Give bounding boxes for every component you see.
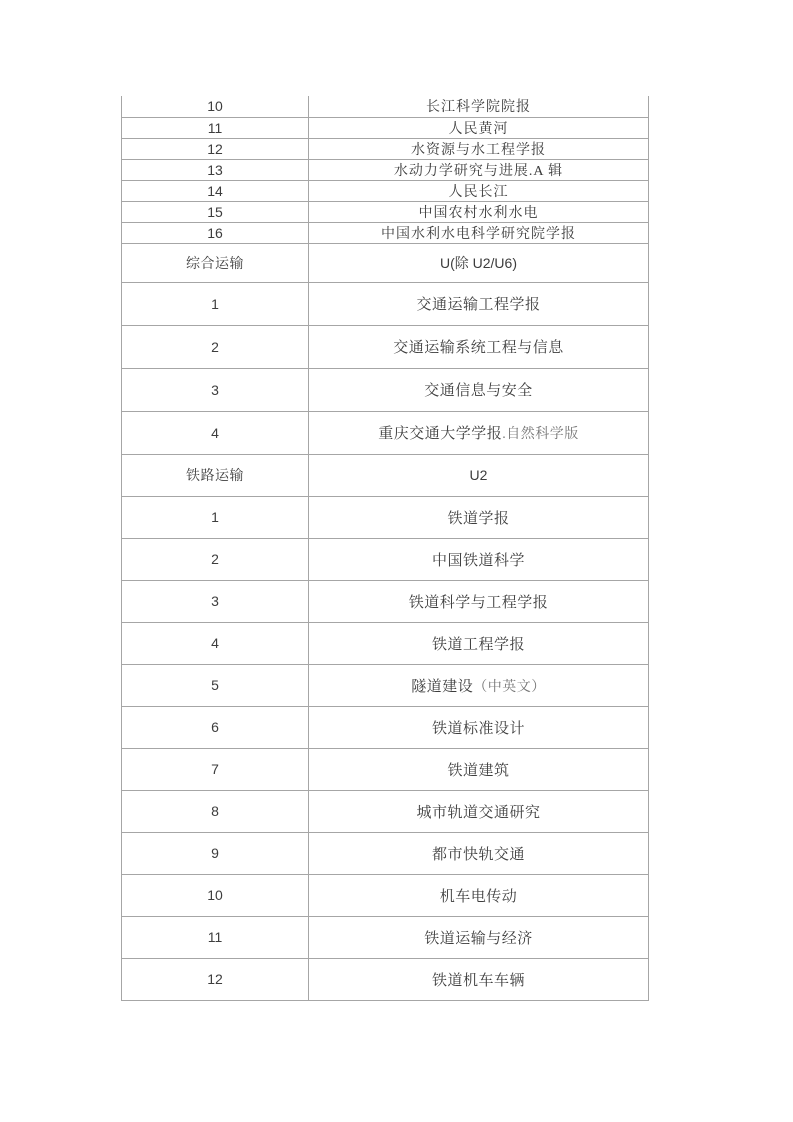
table-row: 2交通运输系统工程与信息 — [122, 325, 649, 368]
journal-name-cell: 机车电传动 — [309, 874, 649, 916]
journal-name: 铁道学报 — [447, 510, 509, 527]
journal-name-cell: 中国农村水利水电 — [309, 201, 649, 222]
journal-name-cell: 城市轨道交通研究 — [309, 790, 649, 832]
journal-name: 铁道机车车辆 — [432, 972, 525, 989]
document-page: 10长江科学院院报11人民黄河12水资源与水工程学报13水动力学研究与进展.A … — [0, 0, 793, 1122]
table-row: 6铁道标准设计 — [122, 706, 649, 748]
row-number-cell: 7 — [122, 748, 309, 790]
journal-name-cell: 铁道机车车辆 — [309, 958, 649, 1000]
journal-name: 机车电传动 — [440, 888, 518, 905]
row-number-cell: 6 — [122, 706, 309, 748]
table-row: 10长江科学院院报 — [122, 96, 649, 117]
journal-name-cell: 铁道工程学报 — [309, 622, 649, 664]
journal-name-cell: 中国铁道科学 — [309, 538, 649, 580]
table-row: 3铁道科学与工程学报 — [122, 580, 649, 622]
journal-name: 隧道建设 — [411, 678, 473, 695]
row-number-cell: 9 — [122, 832, 309, 874]
table-row: 7铁道建筑 — [122, 748, 649, 790]
journal-name-cell: 人民黄河 — [309, 117, 649, 138]
table-row: 13水动力学研究与进展.A 辑 — [122, 159, 649, 180]
table-row: 3交通信息与安全 — [122, 368, 649, 411]
journal-name: 中国农村水利水电 — [419, 206, 539, 221]
row-number-cell: 3 — [122, 368, 309, 411]
journal-name: 铁道运输与经济 — [424, 930, 533, 947]
journal-name: 人民长江 — [449, 185, 509, 200]
row-number-cell: 1 — [122, 496, 309, 538]
journal-name-cell: 交通信息与安全 — [309, 368, 649, 411]
journal-name: 重庆交通大学学报 — [378, 425, 502, 442]
table-row: 16中国水利水电科学研究院学报 — [122, 222, 649, 243]
journal-name-cell: 交通运输系统工程与信息 — [309, 325, 649, 368]
journal-name: 交通信息与安全 — [424, 382, 533, 399]
table-row: 15中国农村水利水电 — [122, 201, 649, 222]
table-row: 14人民长江 — [122, 180, 649, 201]
table-row: 2中国铁道科学 — [122, 538, 649, 580]
row-number-cell: 4 — [122, 411, 309, 454]
table-row: 4重庆交通大学学报.自然科学版 — [122, 411, 649, 454]
journal-name-cell: 人民长江 — [309, 180, 649, 201]
journal-name-suffix: （中英文） — [473, 680, 546, 695]
journal-name-cell: 铁道建筑 — [309, 748, 649, 790]
journal-name-cell: 铁道运输与经济 — [309, 916, 649, 958]
journal-name-cell: 重庆交通大学学报.自然科学版 — [309, 411, 649, 454]
class-code-cell: U(除 U2/U6) — [309, 243, 649, 282]
table-row: 1交通运输工程学报 — [122, 282, 649, 325]
row-number-cell: 15 — [122, 201, 309, 222]
row-number-cell: 14 — [122, 180, 309, 201]
row-number-cell: 16 — [122, 222, 309, 243]
row-number-cell: 2 — [122, 538, 309, 580]
category-cell: 综合运输 — [122, 243, 309, 282]
table-row: 5隧道建设（中英文） — [122, 664, 649, 706]
journal-name: 水资源与水工程学报 — [411, 143, 546, 158]
row-number-cell: 3 — [122, 580, 309, 622]
table-row: 4铁道工程学报 — [122, 622, 649, 664]
table-row: 9都市快轨交通 — [122, 832, 649, 874]
journal-name: 铁道建筑 — [447, 762, 509, 779]
journal-name-cell: 铁道学报 — [309, 496, 649, 538]
journal-table: 10长江科学院院报11人民黄河12水资源与水工程学报13水动力学研究与进展.A … — [121, 96, 649, 1001]
journal-name: 铁道工程学报 — [432, 636, 525, 653]
row-number-cell: 12 — [122, 958, 309, 1000]
class-code-cell: U2 — [309, 454, 649, 496]
category-cell: 铁路运输 — [122, 454, 309, 496]
journal-name-cell: 水动力学研究与进展.A 辑 — [309, 159, 649, 180]
journal-name: 中国水利水电科学研究院学报 — [381, 227, 576, 242]
row-number-cell: 8 — [122, 790, 309, 832]
journal-name-cell: 长江科学院院报 — [309, 96, 649, 117]
table-row: 11人民黄河 — [122, 117, 649, 138]
journal-name: 人民黄河 — [449, 122, 509, 137]
row-number-cell: 2 — [122, 325, 309, 368]
row-number-cell: 10 — [122, 874, 309, 916]
journal-name: 都市快轨交通 — [432, 846, 525, 863]
table-row: 10机车电传动 — [122, 874, 649, 916]
row-number-cell: 5 — [122, 664, 309, 706]
journal-name-cell: 水资源与水工程学报 — [309, 138, 649, 159]
category-header-row: 综合运输U(除 U2/U6) — [122, 243, 649, 282]
row-number-cell: 4 — [122, 622, 309, 664]
journal-name: 水动力学研究与进展.A 辑 — [394, 164, 563, 179]
row-number-cell: 12 — [122, 138, 309, 159]
journal-name-cell: 铁道标准设计 — [309, 706, 649, 748]
category-header-row: 铁路运输U2 — [122, 454, 649, 496]
row-number-cell: 11 — [122, 117, 309, 138]
journal-name: 铁道科学与工程学报 — [409, 594, 549, 611]
row-number-cell: 10 — [122, 96, 309, 117]
journal-name-cell: 隧道建设（中英文） — [309, 664, 649, 706]
journal-name: 长江科学院院报 — [426, 100, 531, 115]
journal-name: 铁道标准设计 — [432, 720, 525, 737]
journal-name-cell: 都市快轨交通 — [309, 832, 649, 874]
table-row: 1铁道学报 — [122, 496, 649, 538]
journal-name-cell: 中国水利水电科学研究院学报 — [309, 222, 649, 243]
table-row: 11铁道运输与经济 — [122, 916, 649, 958]
journal-name: 城市轨道交通研究 — [416, 804, 540, 821]
journal-name-suffix: .自然科学版 — [502, 427, 579, 442]
row-number-cell: 1 — [122, 282, 309, 325]
table-row: 8城市轨道交通研究 — [122, 790, 649, 832]
journal-name: 交通运输工程学报 — [416, 296, 540, 313]
journal-name-cell: 铁道科学与工程学报 — [309, 580, 649, 622]
journal-table-body: 10长江科学院院报11人民黄河12水资源与水工程学报13水动力学研究与进展.A … — [122, 96, 649, 1000]
journal-name: 中国铁道科学 — [432, 552, 525, 569]
table-row: 12水资源与水工程学报 — [122, 138, 649, 159]
table-row: 12铁道机车车辆 — [122, 958, 649, 1000]
row-number-cell: 11 — [122, 916, 309, 958]
journal-name: 交通运输系统工程与信息 — [393, 339, 564, 356]
journal-name-cell: 交通运输工程学报 — [309, 282, 649, 325]
row-number-cell: 13 — [122, 159, 309, 180]
